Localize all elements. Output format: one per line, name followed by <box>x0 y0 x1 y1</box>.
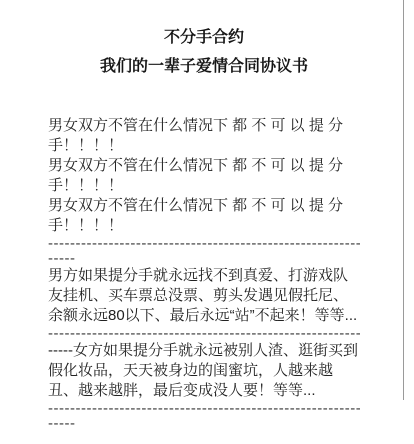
woman-clause-line: -----女方如果提分手就永远被别人渣、逛街买到 <box>48 341 360 361</box>
contract-title: 不分手合约 <box>48 29 360 46</box>
vow-exclamation-line: 手！！！！ <box>48 216 360 236</box>
contract-page: 不分手合约 我们的一辈子爱情合同协议书 男女双方不管在什么情况下 都 不 可 以… <box>0 0 414 444</box>
woman-clause-line: 假化妆品，天天被身边的闺蜜坑，人越来越 <box>48 361 360 381</box>
divider-line-long: ----------------------------------------… <box>48 401 360 416</box>
contract-content: 不分手合约 我们的一辈子爱情合同协议书 男女双方不管在什么情况下 都 不 可 以… <box>48 29 360 431</box>
divider-line-short: ----- <box>48 251 360 266</box>
contract-subtitle: 我们的一辈子爱情合同协议书 <box>48 58 360 75</box>
woman-clause-section: -----女方如果提分手就永远被别人渣、逛街买到 假化妆品，天天被身边的闺蜜坑，… <box>48 341 360 401</box>
vow-line: 男女双方不管在什么情况下 都 不 可 以 提 分 <box>48 196 360 216</box>
divider-line-short: ----- <box>48 416 360 431</box>
divider-line-long: ----------------------------------------… <box>48 236 360 251</box>
divider-line-long: ----------------------------------------… <box>48 326 360 341</box>
vow-line: 男女双方不管在什么情况下 都 不 可 以 提 分 <box>48 116 360 136</box>
man-clause-line: 男方如果提分手就永远找不到真爱、打游戏队 <box>48 266 360 286</box>
vow-exclamation-line: 手！！！！ <box>48 136 360 156</box>
vow-line: 男女双方不管在什么情况下 都 不 可 以 提 分 <box>48 156 360 176</box>
vow-section: 男女双方不管在什么情况下 都 不 可 以 提 分 手！！！！ 男女双方不管在什么… <box>48 116 360 236</box>
man-clause-section: 男方如果提分手就永远找不到真爱、打游戏队 友挂机、买车票总没票、剪头发遇见假托尼… <box>48 266 360 326</box>
content-right-border <box>403 0 404 400</box>
vow-exclamation-line: 手！！！！ <box>48 176 360 196</box>
man-clause-line: 友挂机、买车票总没票、剪头发遇见假托尼、 <box>48 286 360 306</box>
woman-clause-line: 丑、越来越胖，最后变成没人要！等等... <box>48 381 360 401</box>
contract-body: 男女双方不管在什么情况下 都 不 可 以 提 分 手！！！！ 男女双方不管在什么… <box>48 116 360 431</box>
man-clause-line: 余额永远80以下、最后永远“站”不起来！等等... <box>48 306 360 326</box>
